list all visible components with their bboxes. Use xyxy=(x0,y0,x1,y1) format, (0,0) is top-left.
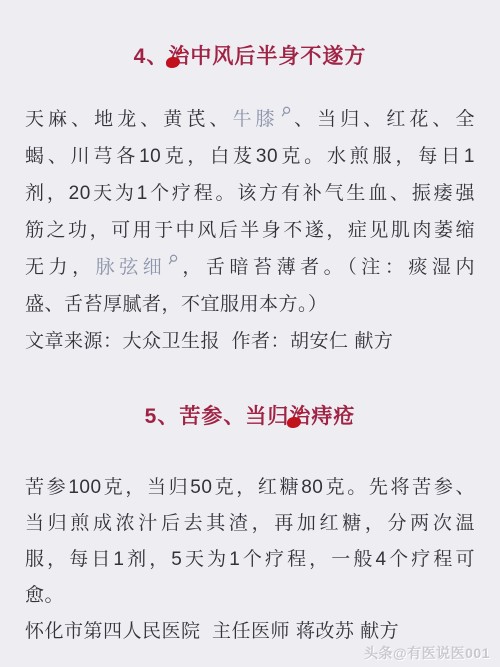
article-page: 4、治中风后半身不遂方 天麻、地龙、黄芪、牛膝、当归、红花、全 蝎、川芎各10克… xyxy=(0,0,500,667)
title-treated-char: 治 xyxy=(289,405,311,429)
body-line: 当归煎成浓汁后去其渣，再加红糖，分两次温 xyxy=(25,506,475,542)
body-line: 无力，脉弦细，舌暗苔薄者。（注：痰湿内 xyxy=(25,249,475,286)
search-icon[interactable] xyxy=(280,106,291,118)
keyword-link-niuxi[interactable]: 牛膝 xyxy=(232,109,290,130)
title-treated-char-text: 治 xyxy=(289,405,311,428)
remedy-section-4: 4、治中风后半身不遂方 天麻、地龙、黄芪、牛膝、当归、红花、全 蝎、川芎各10克… xyxy=(0,0,500,360)
title-prefix: 4、 xyxy=(134,45,169,68)
source-line: 文章来源：大众卫生报 作者：胡安仁 献方 xyxy=(25,323,475,360)
section-5-title: 5、苦参、当归治痔疮 xyxy=(0,405,500,429)
keyword-link-maixianxi[interactable]: 脉弦细 xyxy=(96,257,179,278)
section-5-body: 苦参100克，当归50克，红糖80克。先将苦参、 当归煎成浓汁后去其渣，再加红糖… xyxy=(0,470,500,650)
body-text-run: 无力， xyxy=(25,257,96,278)
body-line: 盛、舌苔厚腻者，不宜服用本方。） xyxy=(25,286,475,323)
body-line: 剂，20天为1个疗程。该方有补气生血、振痿强 xyxy=(25,175,475,212)
body-line: 天麻、地龙、黄芪、牛膝、当归、红花、全 xyxy=(25,101,475,138)
body-text-run: 天麻、地龙、黄芪、 xyxy=(25,109,232,130)
title-suffix: 痔疮 xyxy=(311,405,355,428)
section-4-title: 4、治中风后半身不遂方 xyxy=(0,0,500,69)
body-line: 筋之功，可用于中风后半身不遂，症见肌肉萎缩 xyxy=(25,212,475,249)
body-line: 蝎、川芎各10克，白芨30克。水煎服，每日1 xyxy=(25,138,475,175)
title-treated-char-text: 治 xyxy=(168,45,190,68)
watermark: 头条@有医说医001 xyxy=(364,643,490,663)
body-line: 服，每日1剂，5天为1个疗程，一般4个疗程可 xyxy=(25,542,475,578)
search-icon[interactable] xyxy=(167,254,178,266)
remedy-section-5: 5、苦参、当归治痔疮 苦参100克，当归50克，红糖80克。先将苦参、 当归煎成… xyxy=(0,405,500,650)
title-suffix: 中风后半身不遂方 xyxy=(190,45,366,68)
title-treated-char: 治 xyxy=(168,45,190,69)
body-text-run: ，舌暗苔薄者。（注：痰湿内 xyxy=(178,257,475,278)
section-4-body: 天麻、地龙、黄芪、牛膝、当归、红花、全 蝎、川芎各10克，白芨30克。水煎服，每… xyxy=(0,101,500,360)
keyword-link-text: 牛膝 xyxy=(232,109,278,130)
body-text-run: 、当归、红花、全 xyxy=(291,109,475,130)
title-prefix: 5、苦参、当归 xyxy=(145,405,290,428)
body-line: 愈。 xyxy=(25,578,475,614)
keyword-link-text: 脉弦细 xyxy=(96,257,167,278)
body-line: 苦参100克，当归50克，红糖80克。先将苦参、 xyxy=(25,470,475,506)
